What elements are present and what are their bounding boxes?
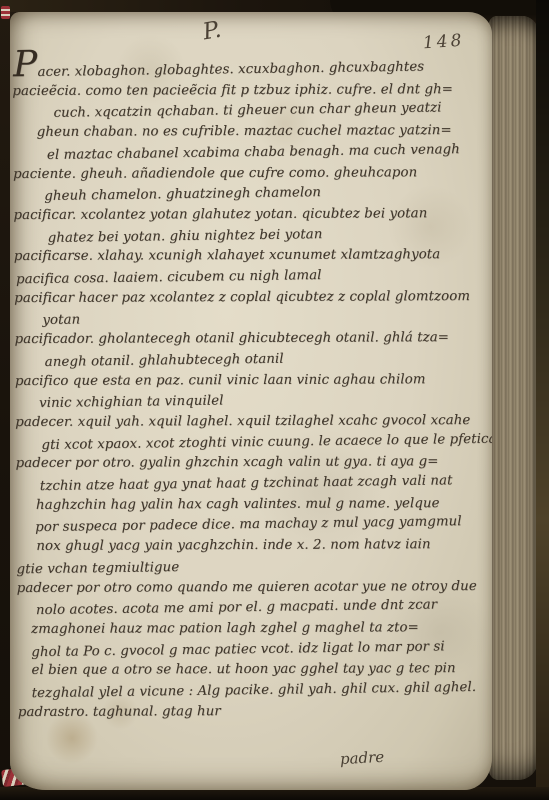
book-fore-edge bbox=[489, 16, 538, 780]
manuscript-text: Pacer. xlobaghon. globaghtes. xcuxbaghon… bbox=[12, 53, 492, 725]
manuscript-line: padrastro. taghunal. gtag hur bbox=[18, 701, 492, 724]
manuscript-page: P. 148 Pacer. xlobaghon. globaghtes. xcu… bbox=[10, 12, 492, 790]
back-cover-edge bbox=[536, 0, 549, 800]
folio-number: 148 bbox=[422, 31, 465, 54]
section-heading-letter: P. bbox=[201, 17, 223, 46]
headband-top bbox=[1, 6, 10, 19]
manuscript-line: Pacer. xlobaghon. globaghtes. xcuxbaghon… bbox=[13, 52, 486, 84]
book-photo: P. 148 Pacer. xlobaghon. globaghtes. xcu… bbox=[0, 0, 549, 800]
catchword: padre bbox=[340, 748, 385, 768]
